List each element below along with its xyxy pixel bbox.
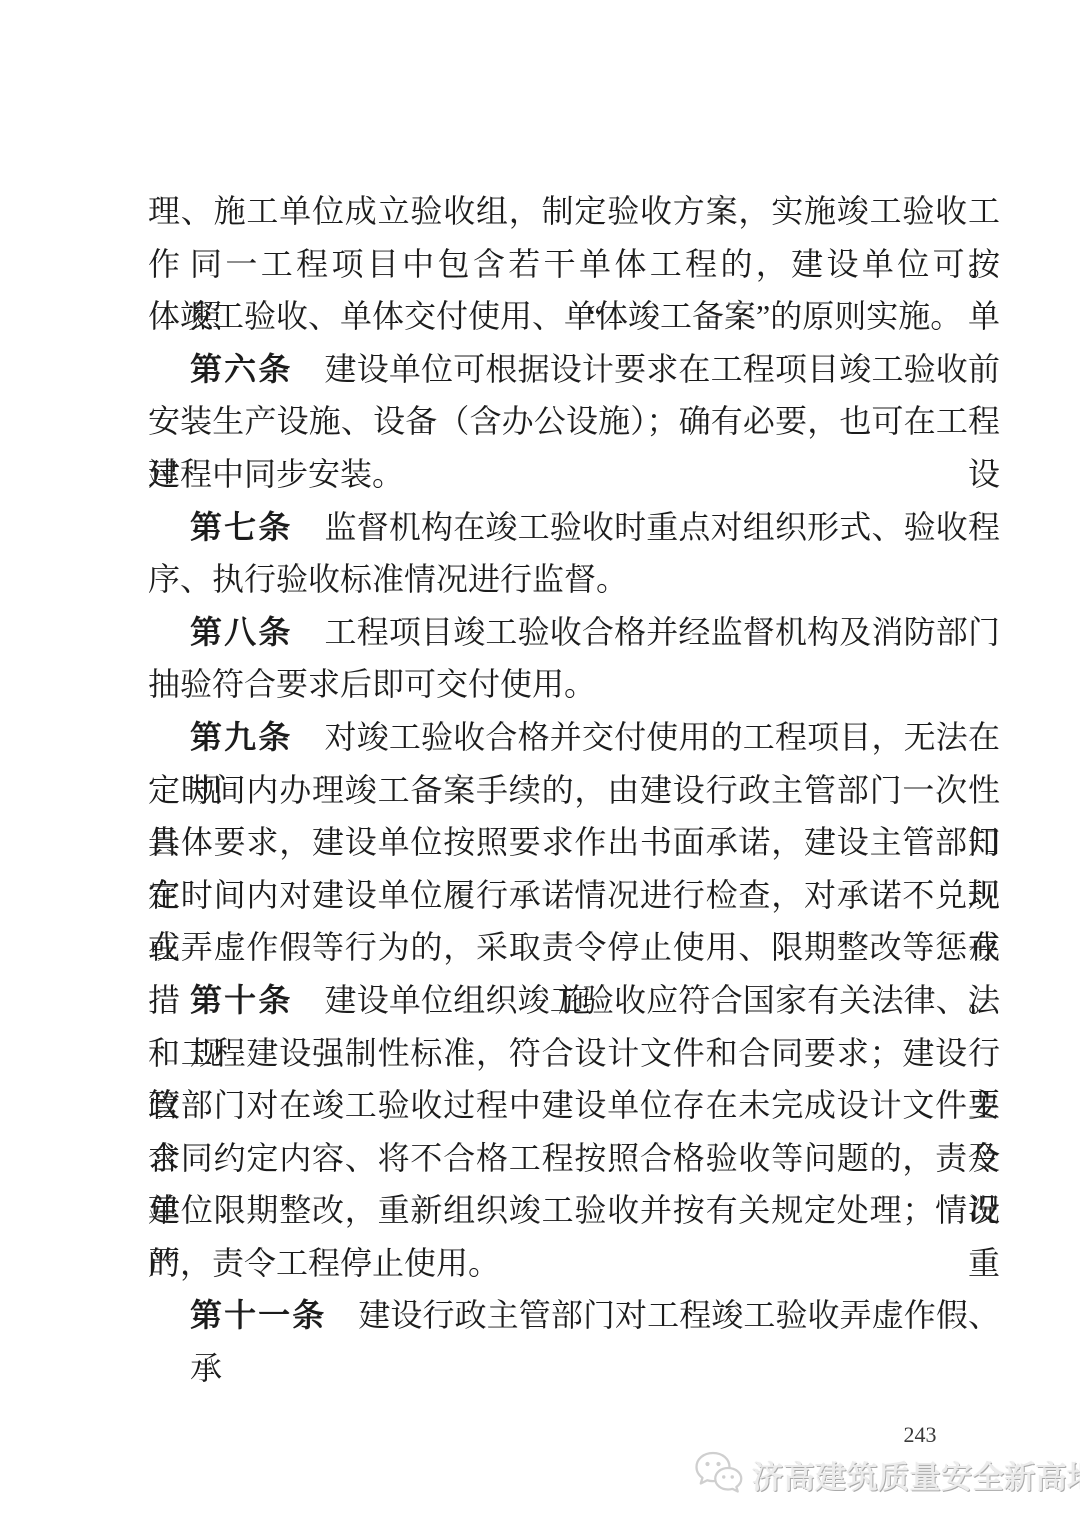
document-line: 在弄虚作假等行为的，采取责令停止使用、限期整改等惩戒措施。 xyxy=(148,921,1000,974)
document-line: 定时间内办理竣工备案手续的，由建设行政主管部门一次性告知 xyxy=(148,764,1000,817)
document-line: 合同约定内容、将不合格工程按照合格验收等问题的，责令建设 xyxy=(148,1132,1000,1185)
document-line: 同一工程项目中包含若干单体工程的，建设单位可按照“单 xyxy=(148,238,1000,291)
document-line: 管部门对在竣工验收过程中建设单位存在未完成设计文件要求及 xyxy=(148,1079,1000,1132)
document-line: 体竣工验收、单体交付使用、单体竣工备案”的原则实施。 xyxy=(148,290,1000,343)
document-line: 和工程建设强制性标准，符合设计文件和合同要求；建设行政主 xyxy=(148,1027,1000,1080)
document-line: 第七条监督机构在竣工验收时重点对组织形式、验收程 xyxy=(148,501,1000,554)
article-number: 第七条 xyxy=(190,509,293,545)
document-line: 抽验符合要求后即可交付使用。 xyxy=(148,658,1000,711)
page-number: 243 xyxy=(880,1422,960,1448)
document-line: 第六条建设单位可根据设计要求在工程项目竣工验收前 xyxy=(148,343,1000,396)
watermark: 济高建筑质量安全新高地 xyxy=(694,1448,1080,1500)
article-number: 第八条 xyxy=(190,614,293,650)
document-lines: 理、施工单位成立验收组，制定验收方案，实施竣工验收工作。同一工程项目中包含若干单… xyxy=(148,185,1000,1342)
document-line: 具体要求，建设单位按照要求作出书面承诺，建设主管部门在规 xyxy=(148,816,1000,869)
document-line: 安装生产设施、设备（含办公设施）；确有必要，也可在工程建设 xyxy=(148,395,1000,448)
document-line: 单位限期整改，重新组织竣工验收并按有关规定处理；情况严重 xyxy=(148,1184,1000,1237)
document-line: 第九条对竣工验收合格并交付使用的工程项目，无法在规 xyxy=(148,711,1000,764)
document-line: 第十一条建设行政主管部门对工程竣工验收弄虚作假、承 xyxy=(148,1289,1000,1342)
article-number: 第十条 xyxy=(190,982,293,1018)
article-number: 第十一条 xyxy=(190,1297,326,1333)
document-line: 第八条工程项目竣工验收合格并经监督机构及消防部门 xyxy=(148,606,1000,659)
wechat-icon xyxy=(694,1449,744,1499)
article-number: 第九条 xyxy=(190,719,293,755)
document-line: 序、执行验收标准情况进行监督。 xyxy=(148,553,1000,606)
document-line: 理、施工单位成立验收组，制定验收方案，实施竣工验收工作。 xyxy=(148,185,1000,238)
document-page: 理、施工单位成立验收组，制定验收方案，实施竣工验收工作。同一工程项目中包含若干单… xyxy=(0,0,1080,1527)
document-line: 定时间内对建设单位履行承诺情况进行检查，对承诺不兑现或存 xyxy=(148,869,1000,922)
article-number: 第六条 xyxy=(190,351,293,387)
watermark-text: 济高建筑质量安全新高地 xyxy=(752,1452,1080,1497)
document-line: 第十条建设单位组织竣工验收应符合国家有关法律、法规 xyxy=(148,974,1000,1027)
